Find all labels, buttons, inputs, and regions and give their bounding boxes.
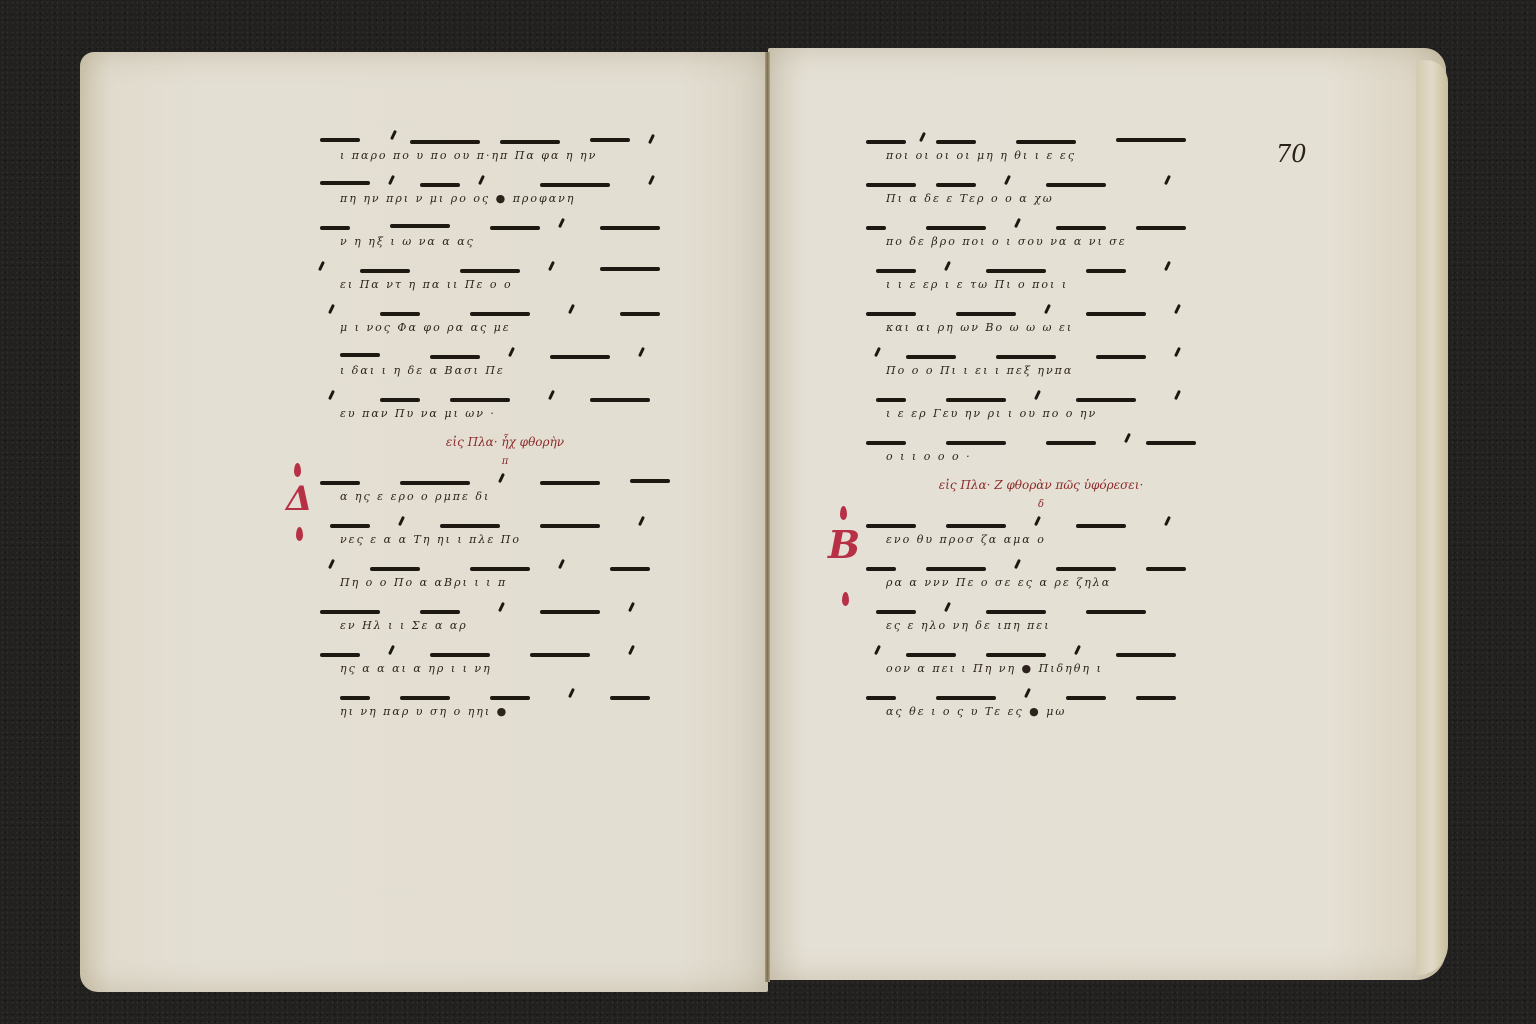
neume-line <box>866 429 1216 450</box>
neume-line <box>320 300 690 321</box>
lyric-line: ενο θυ προσ ζα αμα ο <box>866 533 1216 555</box>
right-section-2: Β ενο θυ προσ ζα αμα ο ρα α ννν Πε ο σε … <box>866 512 1216 727</box>
lyric-line: Πο ο ο Πι ι ει ι πεξ ηνπα <box>866 364 1216 386</box>
neume-line <box>320 171 690 192</box>
left-section-2: Δ α ης ε ερο ο ρμπε δι νες ε α α Τη ηι ι… <box>320 469 690 727</box>
rubric-heading: εἰς Πλα· Ζ φθορὰν πῶς ὑφόρεσει· <box>866 472 1216 498</box>
neume-line <box>320 257 690 278</box>
neume-line <box>320 386 690 407</box>
neume-line <box>320 684 690 705</box>
right-page-worn-edge <box>1416 60 1448 975</box>
right-page-text-column: ποι οι οι οι μη η θι ι ε ες Πι α δε ε Τε… <box>866 128 1216 727</box>
neume-line <box>320 598 690 619</box>
rubric-heading: εἰς Πλα· ἦχ φθορὴν <box>320 429 690 455</box>
neume-line <box>320 343 690 364</box>
lyric-line: Πη ο ο Πο α αΒρι ι ι π <box>320 576 690 598</box>
neume-line <box>866 555 1216 576</box>
lyric-line: ποι οι οι οι μη η θι ι ε ες <box>866 149 1216 171</box>
neume-line <box>866 300 1216 321</box>
initial-drop-ornament <box>296 527 303 541</box>
neume-line <box>320 641 690 662</box>
initial-drop-ornament <box>294 463 301 477</box>
neume-line <box>320 555 690 576</box>
rubric-mark: π <box>320 455 690 469</box>
neume-line <box>866 128 1216 149</box>
lyric-line: ηι νη παρ υ ση ο ηηι ● <box>320 705 690 727</box>
left-page-text-column: ι παρο πο υ πο ου π·ηπ Πα φα η ην πη ην … <box>320 128 690 727</box>
neume-line <box>320 214 690 235</box>
book-gutter <box>765 52 770 982</box>
lyric-line: πο δε βρο ποι ο ι σου να α νι σε <box>866 235 1216 257</box>
decorated-initial: Δ <box>286 479 312 519</box>
neume-line <box>320 128 690 149</box>
lyric-line: ι παρο πο υ πο ου π·ηπ Πα φα η ην <box>320 149 690 171</box>
lyric-line: οον α πει ι Πη νη ● Πιδηθη ι <box>866 662 1216 684</box>
neume-line <box>320 512 690 533</box>
initial-drop-ornament <box>842 592 849 606</box>
right-section-1: ποι οι οι οι μη η θι ι ε ες Πι α δε ε Τε… <box>866 128 1216 472</box>
neume-line <box>866 641 1216 662</box>
lyric-line: και αι ρη ων Βο ω ω ω ει <box>866 321 1216 343</box>
initial-drop-ornament <box>840 506 847 520</box>
lyric-line: ευ παν Πυ να μι ων · <box>320 407 690 429</box>
lyric-line: νες ε α α Τη ηι ι πλε Πο <box>320 533 690 555</box>
lyric-line: ν η ηξ ι ω να α ας <box>320 235 690 257</box>
folio-number: 70 <box>1276 140 1307 168</box>
lyric-line: ι δαι ι η δε α Βασι Πε <box>320 364 690 386</box>
lyric-line: εν Ηλ ι ι Σε α αρ <box>320 619 690 641</box>
lyric-line: ι ε ερ Γευ ην ρι ι ου πο ο ην <box>866 407 1216 429</box>
lyric-line: μ ι νος Φα φο ρα ας με <box>320 321 690 343</box>
neume-line <box>866 684 1216 705</box>
neume-line <box>866 257 1216 278</box>
lyric-line: ες ε ηλο νη δε ιπη πει <box>866 619 1216 641</box>
neume-line <box>320 469 690 490</box>
neume-line <box>866 386 1216 407</box>
lyric-line: ι ι ε ερ ι ε τω Πι ο ποι ι <box>866 278 1216 300</box>
left-section-1: ι παρο πο υ πο ου π·ηπ Πα φα η ην πη ην … <box>320 128 690 429</box>
neume-line <box>866 512 1216 533</box>
neume-line <box>866 598 1216 619</box>
neume-line <box>866 171 1216 192</box>
lyric-line: ει Πα ντ η πα ιι Πε ο ο <box>320 278 690 300</box>
manuscript-spread: 70 ι παρο πο υ πο ου π·ηπ Πα φα η ην πη … <box>0 0 1536 1024</box>
neume-line <box>866 343 1216 364</box>
lyric-line: ας θε ι ο ς υ Τε ες ● μω <box>866 705 1216 727</box>
rubric-mark: δ <box>866 498 1216 512</box>
decorated-initial: Β <box>828 522 860 567</box>
lyric-line: ο ι ι ο ο ο · <box>866 450 1216 472</box>
lyric-line: α ης ε ερο ο ρμπε δι <box>320 490 690 512</box>
lyric-line: ρα α ννν Πε ο σε ες α ρε ζηλα <box>866 576 1216 598</box>
lyric-line: ης α α αι α ηρ ι ι νη <box>320 662 690 684</box>
lyric-line: Πι α δε ε Τερ ο ο α χω <box>866 192 1216 214</box>
neume-line <box>866 214 1216 235</box>
lyric-line: πη ην πρι ν μι ρο ος ● προφανη <box>320 192 690 214</box>
